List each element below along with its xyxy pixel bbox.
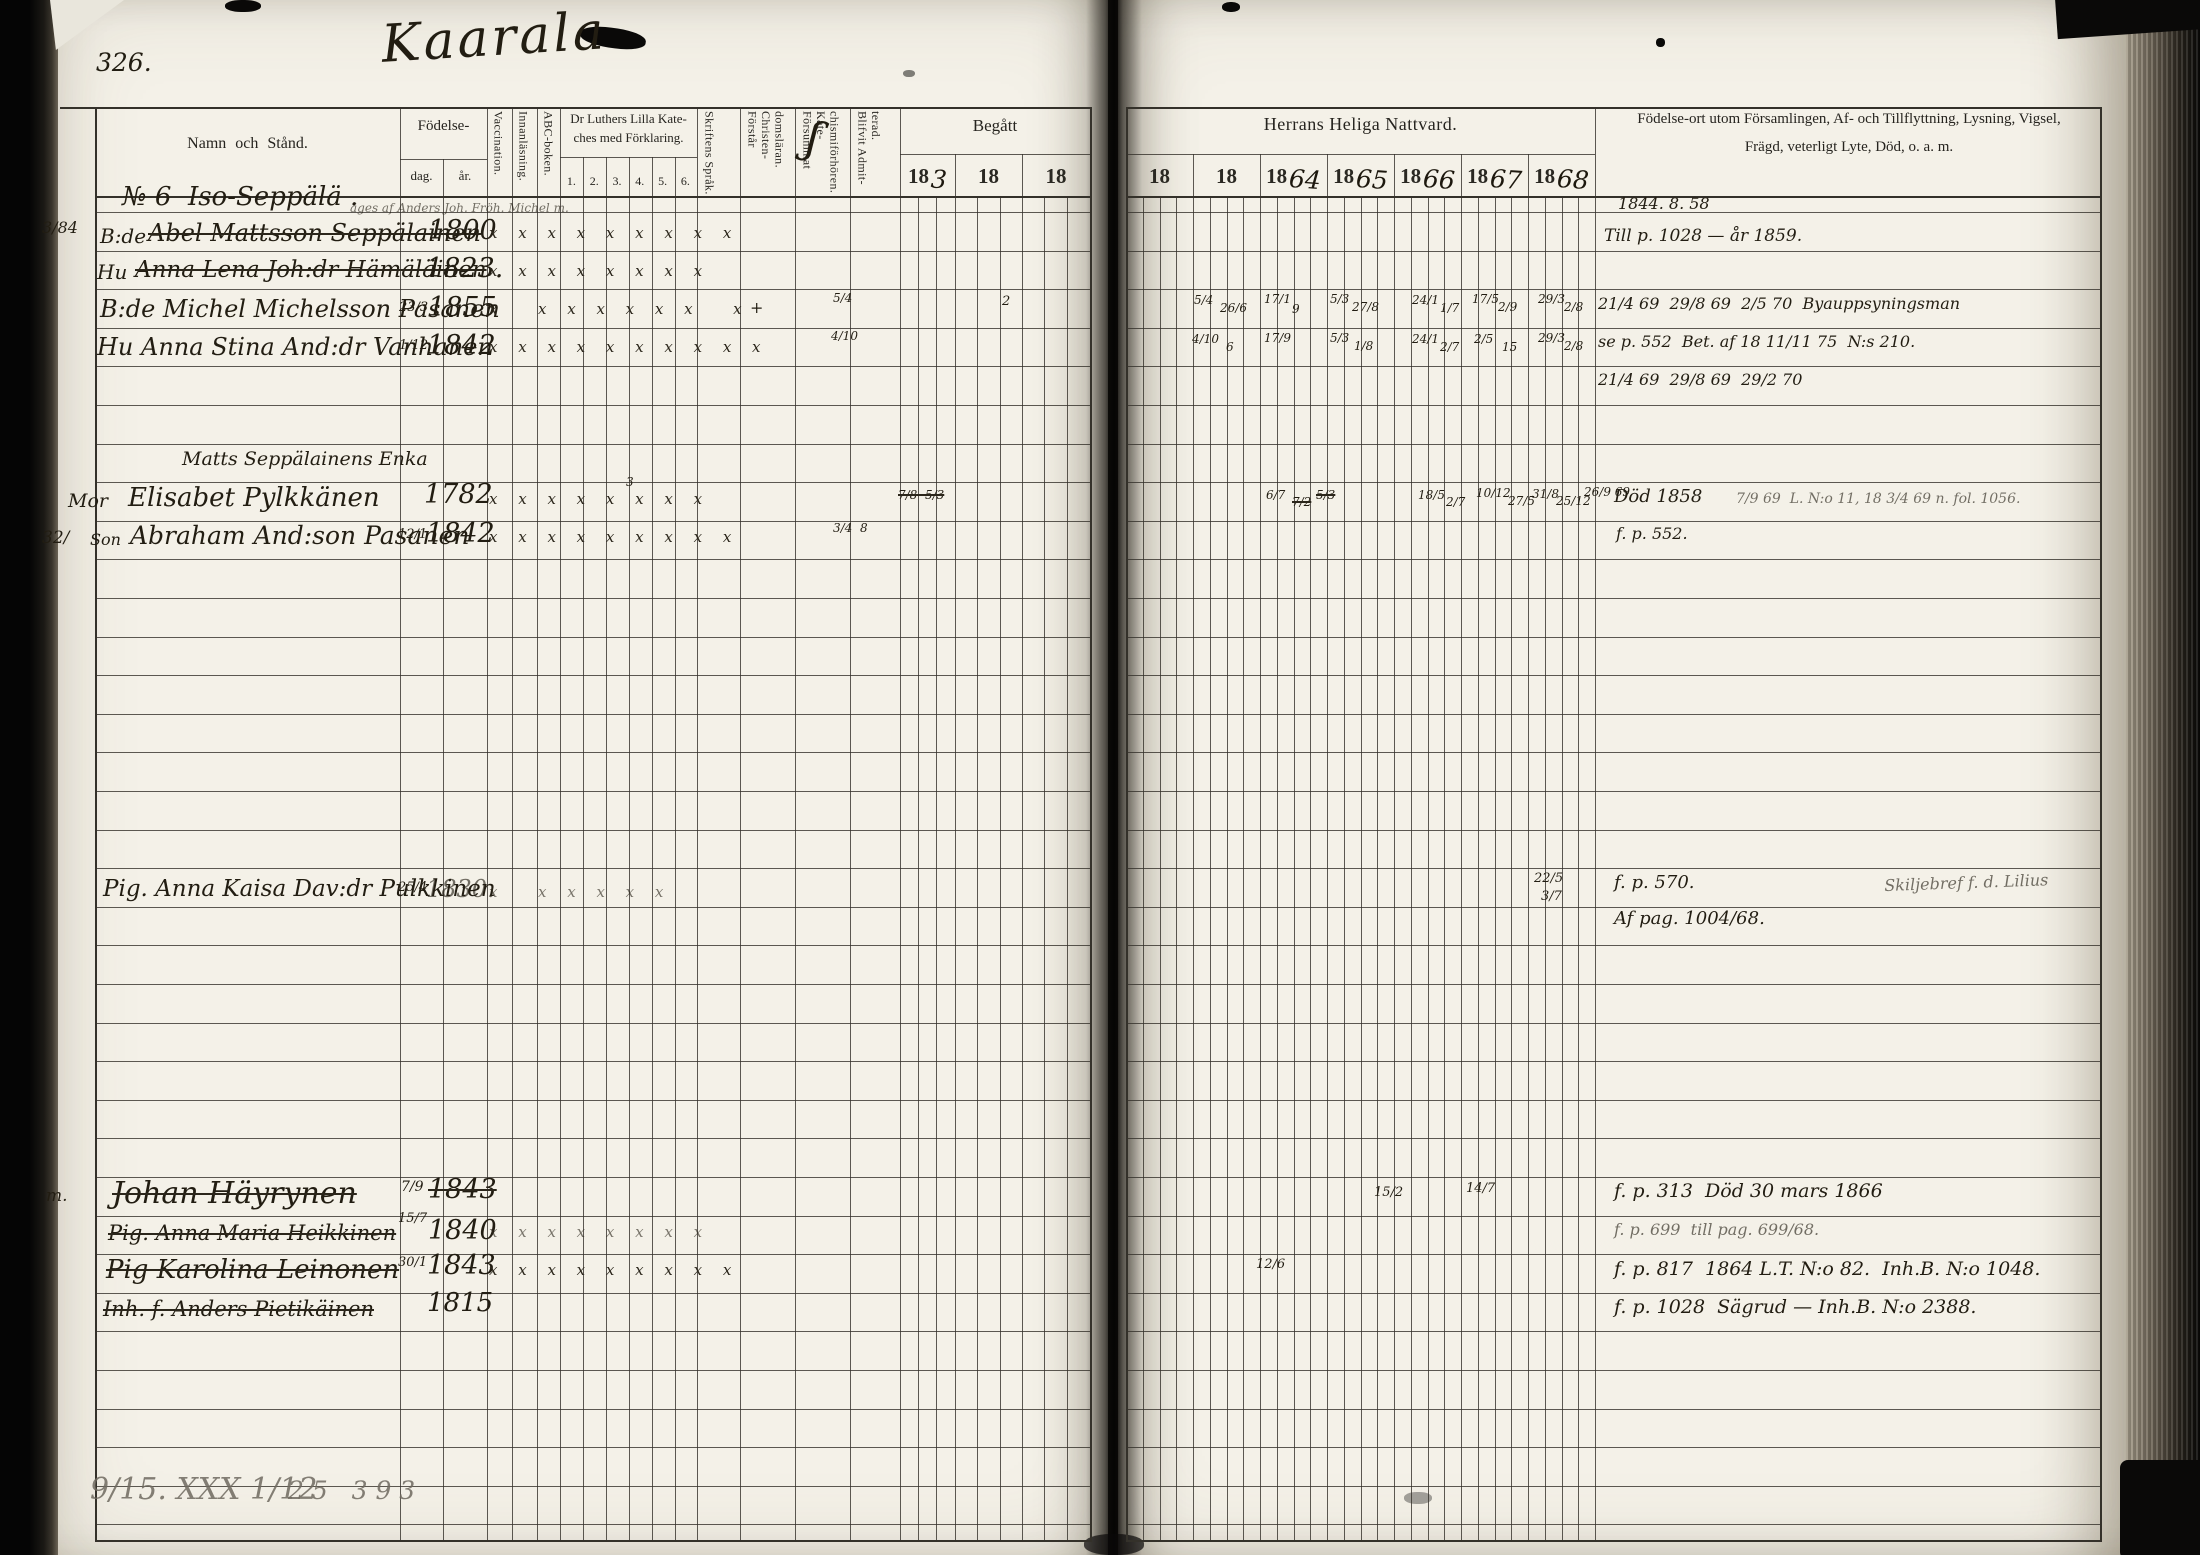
grid-line [740,107,741,1542]
grid-line [1126,1216,2100,1217]
page-stack-edge [2126,0,2200,1555]
year-handwritten: 66 [1422,163,1456,194]
grid-line [1126,907,2100,908]
year-printed: 18 [1333,164,1354,189]
grid-line [583,157,584,1542]
handwritten-entry: 5/4 [833,292,852,304]
grid-line [95,752,1090,753]
handwritten-entry: 15 [1502,341,1517,353]
grid-line [1243,196,1244,1542]
grid-line [1126,1409,2100,1410]
catechism-col-number: 4. [628,174,651,189]
grid-line [1126,1293,2100,1294]
notes-header-line1: Födelse-ort utom Församlingen, Af- och T… [1600,112,2098,128]
grid-line [1277,196,1278,1542]
grid-line [1260,154,1261,1542]
grid-line [1126,752,2100,753]
handwritten-entry: x x x x x x x x x [489,226,732,242]
pencil-scribble: 9/15. XXX 1/12 [90,1474,317,1506]
handwritten-entry: B:de [100,226,146,246]
handwritten-entry: 23/3 [399,301,428,314]
handwritten-entry: 1843 [428,1176,497,1204]
grid-line [1511,196,1512,1542]
year-printed: 18 [1046,164,1067,189]
grid-line [2100,107,2102,1542]
rotated-col-header-line: Skriftens Språk. [702,111,715,196]
grid-line [1067,196,1068,1542]
grid-line [1310,196,1311,1542]
grid-line [1126,196,2100,198]
handwritten-entry: x x x x x x x x x [489,1263,732,1279]
grid-line [1160,196,1161,1542]
handwritten-entry: 29/3 [1538,332,1565,344]
grid-line [1495,196,1496,1542]
grid-line [95,1100,1090,1101]
grid-line [1562,196,1563,1542]
grid-line [1126,1370,2100,1371]
handwritten-entry: 24/1 [1412,333,1439,345]
grid-line [60,107,1090,109]
grid-line [697,107,698,1542]
grid-line [1478,196,1479,1542]
grid-line [95,1409,1090,1410]
year-printed: 18 [1216,164,1237,189]
catechism-col-number: 5. [651,174,674,189]
grid-line [95,1447,1090,1448]
grid-line [95,637,1090,638]
handwritten-entry: 5/4 [1194,294,1213,306]
grid-line [1327,154,1328,1542]
grid-line [1044,196,1045,1542]
handwritten-entry: 4/10 [831,330,858,342]
handwritten-entry: x x x x x x x x x [489,530,732,546]
grid-line [95,444,1090,445]
margin-note: Af pag. 1004/68. [1614,910,1765,928]
handwritten-entry: Son [90,532,121,548]
handwritten-entry: + [750,300,763,316]
grid-line [936,196,937,1542]
shadow-corner [2120,1460,2200,1555]
margin-note: f. p. 1028 Sägrud — Inh.B. N:o 2388. [1614,1298,1976,1317]
year-cell: 18 [1193,157,1260,195]
grid-line [1126,1138,2100,1139]
col-header-birth-day: dag. [400,169,443,183]
grid-line [95,984,1090,985]
handwritten-entry: x x x x x x x x [489,1225,703,1241]
grid-line [512,107,513,1542]
rotated-col-header-line: terad. [868,111,881,196]
grid-line [1143,196,1144,1542]
handwritten-entry: Pig. Anna Maria Heikkinen [108,1222,396,1244]
margin-note: f. p. 817 1864 L.T. N:o 82. Inh.B. N:o 1… [1614,1260,2040,1279]
col-header-catechism-2: ches med Förklaring. [561,131,696,145]
grid-line [1126,444,2100,445]
handwritten-entry: Inh. f. Anders Pietikäinen [103,1298,374,1320]
handwritten-entry: 4/10 [1192,333,1219,345]
handwritten-entry: 5/3 [1316,489,1335,501]
grid-line [1176,196,1177,1542]
grid-line [95,1138,1090,1139]
grid-line [1090,107,1092,1542]
handwritten-entry: x x x x x x x x [489,302,743,318]
ink-smudge [1222,2,1240,12]
year-cell: 1867 [1461,157,1528,195]
grid-line [1126,289,2100,290]
year-cell: 1868 [1528,157,1595,195]
handwritten-entry: 18/5 [1418,489,1445,501]
handwritten-entry: 2/8 [1564,301,1583,313]
handwritten-entry: 5/3 [1330,332,1349,344]
handwritten-entry: 12/1 [398,528,427,541]
handwritten-entry: 2/7 [1440,341,1459,353]
grid-line [955,154,956,1542]
fold-shadow [1084,1534,1144,1555]
ink-smudge [1656,38,1665,47]
handwritten-entry: 1/12 [399,339,428,352]
grid-line [443,159,444,1542]
handwritten-entry: 1830. [426,877,495,902]
handwritten-entry: 1840 [428,1217,497,1244]
year-handwritten: 64 [1288,163,1322,194]
grid-line [1126,945,2100,946]
catechism-col-number: 1. [560,174,583,189]
grid-line [1361,196,1362,1542]
handwritten-entry: x x x x x x x x [489,264,703,280]
grid-line [95,675,1090,676]
household-heading: Matts Seppälainens Enka [182,450,428,469]
grid-line [606,157,607,1542]
handwritten-entry: 7/8 5/3 [898,489,944,501]
communion-header: Herrans Heliga Nattvard. [1126,115,1595,134]
margin-note: 21/4 69 29/8 69 2/5 70 Byauppsyningsman [1598,296,1960,312]
grid-line [1126,1447,2100,1448]
handwritten-entry: 3 [626,476,634,488]
margin-note: f. p. 552. [1616,526,1688,542]
grid-line [1545,196,1546,1542]
grid-line [1528,154,1529,1542]
year-handwritten: 3 [930,164,948,194]
rotated-col-header-line: chismiförhören. [827,111,840,196]
grid-line [1193,154,1194,1542]
grid-line [1126,521,2100,522]
grid-line [675,157,676,1542]
grid-line [95,289,1090,290]
grid-line [1126,251,2100,252]
margin-note: f. p. 699 till pag. 699/68. [1614,1222,1819,1239]
year-handwritten: 68 [1556,163,1590,194]
handwritten-entry: 1843 [427,1252,496,1279]
grid-line [1126,1061,2100,1062]
year-cell: 1865 [1327,157,1394,195]
handwritten-entry: 1815 [427,1290,493,1316]
handwritten-entry: 24/1 [1412,294,1439,306]
handwritten-entry: 6/7 [1266,489,1285,501]
notes-header-line2: Frägd, veterligt Lyte, Död, o. a. m. [1600,140,2098,156]
handwritten-entry: x x x x x x x x x x [489,340,762,356]
handwritten-entry: 22/5 [1534,872,1563,885]
grid-line [900,154,1090,155]
grid-line [977,196,978,1542]
grid-line [1294,196,1295,1542]
grid-line [850,107,851,1542]
grid-line [795,107,796,1542]
handwritten-entry: 14/7 [1466,1182,1495,1195]
pencil-scribble: 2 5 3 9 3 [288,1478,415,1504]
grid-line [95,405,1090,406]
year-cell: 1866 [1394,157,1461,195]
handwritten-entry: 2 [1002,295,1010,308]
grid-line [95,1061,1090,1062]
col-header-birth-year: år. [443,169,487,183]
handwritten-entry: 30/1 [398,1256,427,1269]
grid-line [95,714,1090,715]
handwritten-entry: 6 [1226,341,1234,353]
grid-line [95,945,1090,946]
handwritten-entry: 32/ [42,530,69,547]
grid-line [1126,328,2100,329]
grid-line [1126,1254,2100,1255]
handwritten-entry: 15/7 [398,1212,427,1225]
handwritten-entry: 17/1 [1264,293,1291,305]
grid-line [95,212,1090,213]
grid-line [1126,107,1128,1542]
handwritten-entry: 2/8 [1564,340,1583,352]
grid-line [1461,154,1462,1542]
grid-line [95,1293,1090,1294]
grid-line [1428,196,1429,1542]
col-header-begatt: Begått [900,117,1090,135]
rotated-col-header: Vaccination. [491,111,512,196]
village-title: Kaarala [380,4,608,72]
margin-note: 7/9 69 L. N:o 11, 18 3/4 69 n. fol. 1056… [1736,492,2020,507]
catechism-col-number: 3. [606,174,629,189]
grid-line [95,1023,1090,1024]
handwritten-entry: 1855 [428,294,497,321]
grid-line [95,830,1090,831]
year-cell: 18 [1126,157,1193,195]
handwritten-entry: Pig Karolina Leinonen [106,1257,399,1284]
grid-line [1595,107,1596,1542]
handwritten-entry: 1/8 [1354,340,1373,352]
year-printed: 18 [1467,164,1488,189]
handwritten-entry: 26/6 [1220,302,1247,314]
year-printed: 18 [978,164,999,189]
grid-line [1578,196,1579,1542]
grid-line [1126,675,2100,676]
grid-line [1344,196,1345,1542]
year-printed: 18 [1400,164,1421,189]
grid-line [537,107,538,1542]
margin-note: Till p. 1028 — år 1859. [1604,228,1802,245]
handwritten-entry: 2/7 [1446,496,1465,508]
ink-smudge [225,0,261,12]
handwritten-entry: 7/2 [1292,496,1311,508]
rotated-col-header: Skriftens Språk. [702,111,739,196]
handwritten-entry: 12/6 [1256,1258,1285,1271]
year-handwritten: 65 [1355,163,1389,194]
grid-line [95,1540,1090,1542]
rotated-col-header-line: Förstår Christen- [745,111,772,196]
margin-note: se p. 552 Bet. af 18 11/11 75 N:s 210. [1598,334,1915,350]
grid-line [95,559,1090,560]
col-header-catechism-1: Dr Luthers Lilla Kate- [561,112,696,126]
handwritten-entry: 29/3 [1538,293,1565,305]
grid-line [629,157,630,1542]
handwritten-entry: 17/5 [1472,293,1499,305]
ink-smudge [903,70,915,77]
margin-note: Död 1858 [1614,488,1702,506]
rotated-col-header: Förstår Christen-domsläran. [745,111,794,196]
grid-line [1126,598,2100,599]
handwritten-entry: 27/8 [1352,301,1379,313]
grid-line [1126,1023,2100,1024]
grid-line [652,157,653,1542]
handwritten-entry: 3/84 [42,220,78,236]
book-spread: Vaccination.Innanläsning.ABC-boken.Skrif… [0,0,2200,1555]
grid-line [1126,1486,2100,1487]
grid-line [95,868,1090,869]
catechism-col-number: 2. [583,174,606,189]
margin-note: 21/4 69 29/8 69 29/2 70 [1598,372,1802,388]
grid-line [95,107,97,1542]
handwritten-entry: Elisabet Pylkkänen [128,485,380,511]
grid-line [1126,1524,2100,1525]
year-printed: 18 [1149,164,1170,189]
margin-note: 1844. 8. 58 [1618,196,1710,212]
farm-heading: № 6 Iso-Seppälä . [122,184,358,211]
handwritten-entry: m. [46,1188,68,1205]
handwritten-entry: 5/3 [1330,293,1349,305]
rotated-col-header: ABC-boken. [541,111,560,196]
handwritten-entry: 3/7 [1541,890,1562,903]
year-cell: 18 [955,157,1022,195]
grid-line [1126,154,1595,155]
grid-line [95,1524,1090,1525]
rotated-col-header-line: domsläran. [772,111,785,196]
col-header-birth: Födelse- [400,119,487,135]
year-cell: 183 [900,157,955,195]
catechism-col-number: 6. [674,174,697,189]
grid-line [1126,1177,2100,1178]
year-cell: 1864 [1260,157,1327,195]
handwritten-entry: x x x x x x x x [489,492,703,508]
grid-line [1126,559,2100,560]
grid-line [1227,196,1228,1542]
grid-line [1126,405,2100,406]
margin-note: f. p. 313 Död 30 mars 1866 [1614,1182,1883,1201]
handwritten-entry: x x x x x x [489,885,664,901]
year-handwritten: 67 [1489,163,1523,194]
grid-line [1126,1540,2100,1542]
grid-line [900,107,901,1542]
handwritten-entry: 27/5 [1508,495,1535,507]
grid-line [95,791,1090,792]
year-printed: 18 [1534,164,1555,189]
rotated-col-header: Blifvit Admit-terad. [855,111,899,196]
grid-line [1000,196,1001,1542]
handwritten-entry: 31/8 [1532,488,1559,500]
grid-line [1210,196,1211,1542]
grid-line [1126,212,2100,213]
year-printed: 18 [908,164,929,189]
grid-line [1126,482,2100,483]
grid-line [1126,1331,2100,1332]
grid-line [918,196,919,1542]
margin-note: f. p. 570. [1614,874,1695,892]
page-number: 326. [96,50,152,76]
grid-line [560,107,561,1542]
handwritten-entry: 1842 [427,332,496,359]
year-cell: 18 [1022,157,1090,195]
book-gutter [1086,0,1142,1555]
handwritten-entry: Hu [97,262,127,282]
handwritten-entry: Johan Häyrynen [112,1178,357,1210]
rotated-col-header-line: Blifvit Admit- [855,111,868,196]
grid-line [1126,366,2100,367]
handwritten-entry: 1842 [426,520,495,547]
grid-line [1022,154,1023,1542]
handwritten-entry: äges af Anders Joh. Fröh. Michel m. [350,202,569,214]
handwritten-entry: 10/12 [1476,487,1511,499]
handwritten-entry: Mor [68,492,108,511]
grid-line [95,251,1090,252]
grid-line [1126,637,2100,638]
grid-line [95,1331,1090,1332]
grid-line [95,1216,1090,1217]
handwritten-entry: 2/5 [1474,333,1493,345]
grid-line [1411,196,1412,1542]
col-header-name: Namn och Stånd. [95,136,400,153]
handwritten-entry: 9 [1292,303,1300,315]
handwritten-entry: 15/2 [1374,1186,1403,1199]
grid-line [95,328,1090,329]
handwritten-entry: 17/9 [1264,332,1291,344]
grid-line [1126,868,2100,869]
grid-line [1126,714,2100,715]
grid-line [95,1370,1090,1371]
grid-line [95,598,1090,599]
handwritten-entry: 25/4 [398,881,427,894]
grid-line [1444,196,1445,1542]
grid-line [95,907,1090,908]
grid-line [1126,830,2100,831]
handwritten-entry: 7/9 [401,1180,424,1194]
rotated-col-header: Innanläsning. [516,111,537,196]
handwritten-entry: 1800 [428,217,497,244]
year-printed: 18 [1266,164,1287,189]
grid-line [1126,1100,2100,1101]
grid-line [1126,791,2100,792]
grid-line [95,366,1090,367]
grid-line [1126,107,2100,109]
grid-line [1394,154,1395,1542]
grid-line [1377,196,1378,1542]
handwritten-entry: 3/4 8 [833,522,868,534]
handwritten-entry: 1782 [424,481,493,508]
grid-line [1126,984,2100,985]
handwritten-entry: 1/7 [1440,302,1459,314]
handwritten-entry: 2/9 [1498,301,1517,313]
